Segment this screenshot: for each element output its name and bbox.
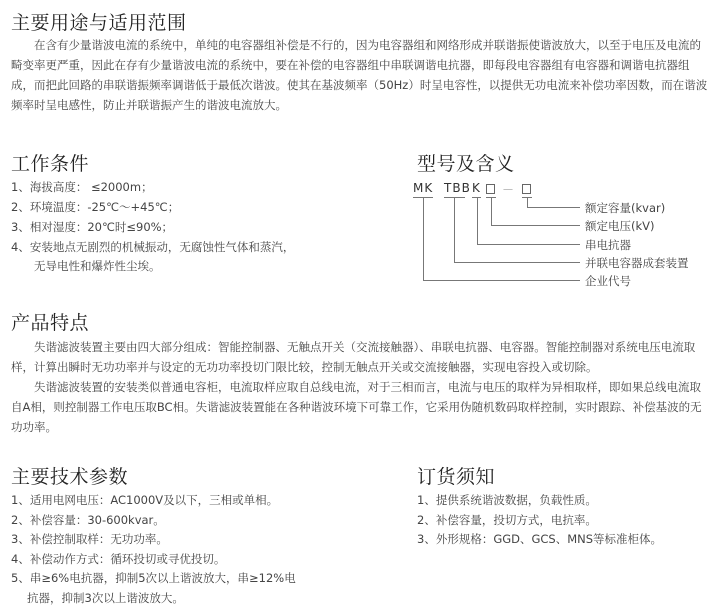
ordering-title: 订货须知 bbox=[417, 462, 495, 489]
specs-title: 主要技术参数 bbox=[11, 462, 128, 489]
code-tbb: TBB bbox=[444, 181, 471, 195]
conditions-item: 2、环境温度：-25℃～+45℃； bbox=[11, 198, 179, 217]
specs-item: 1、适用电网电压：AC1000V及以下，三相或单相。 bbox=[11, 491, 278, 510]
code-voltage-box bbox=[486, 184, 495, 194]
label-rated-voltage: 额定电压(kV) bbox=[585, 218, 655, 234]
ordering-item: 1、提供系统谐波数据，负载性质。 bbox=[417, 491, 597, 510]
specs-item: 3、补偿控制取样：无功功率。 bbox=[11, 530, 168, 549]
ordering-item: 2、补偿容量，投切方式，电抗率。 bbox=[417, 511, 597, 530]
usage-paragraph: 在含有少量谐波电流的系统中，单纯的电容器组补偿是不行的，因为电容器组和网络形成并… bbox=[11, 35, 711, 115]
features-paragraph-1: 失谐滤波装置主要由四大部分组成：智能控制器、无触点开关（交流接触器）、串联电抗器… bbox=[11, 337, 711, 377]
label-company-code: 企业代号 bbox=[585, 273, 631, 289]
label-rated-capacity: 额定容量(kvar) bbox=[585, 200, 665, 216]
features-title: 产品特点 bbox=[11, 308, 89, 335]
conditions-item-continuation: 无导电性和爆炸性尘埃。 bbox=[34, 257, 161, 276]
conditions-item: 3、相对湿度：20℃时≤90%； bbox=[11, 218, 173, 237]
conditions-title: 工作条件 bbox=[11, 149, 89, 176]
specs-item: 4、补偿动作方式：循环投切或寻优投切。 bbox=[11, 550, 225, 569]
usage-title: 主要用途与适用范围 bbox=[11, 8, 187, 35]
specs-item: 2、补偿容量：30-600kvar。 bbox=[11, 511, 165, 530]
label-capacitor-set: 并联电容器成套装置 bbox=[585, 255, 689, 271]
specs-item: 5、串≥6%电抗器，抑制5次以上谐波放大，串≥12%电 bbox=[11, 569, 296, 588]
specs-item-continuation: 抗器，抑制3次以上谐波放大。 bbox=[27, 589, 184, 608]
label-series-reactor: 串电抗器 bbox=[585, 237, 631, 253]
conditions-item: 1、海拔高度： ≤2000m； bbox=[11, 178, 153, 197]
model-title: 型号及含义 bbox=[417, 149, 515, 176]
features-paragraph-2: 失谐滤波装置的安装类似普通电容柜，电流取样应取自总线电流，对于三相而言，电流与电… bbox=[11, 377, 711, 437]
code-capacity-box bbox=[522, 184, 531, 194]
code-k: K bbox=[472, 181, 481, 195]
code-mk: MK bbox=[413, 181, 433, 195]
conditions-item: 4、安装地点无剧烈的机械振动，无腐蚀性气体和蒸汽， bbox=[11, 238, 294, 257]
ordering-item: 3、外形规格：GGD、GCS、MNS等标准柜体。 bbox=[417, 530, 662, 549]
code-dash: － bbox=[502, 181, 515, 198]
